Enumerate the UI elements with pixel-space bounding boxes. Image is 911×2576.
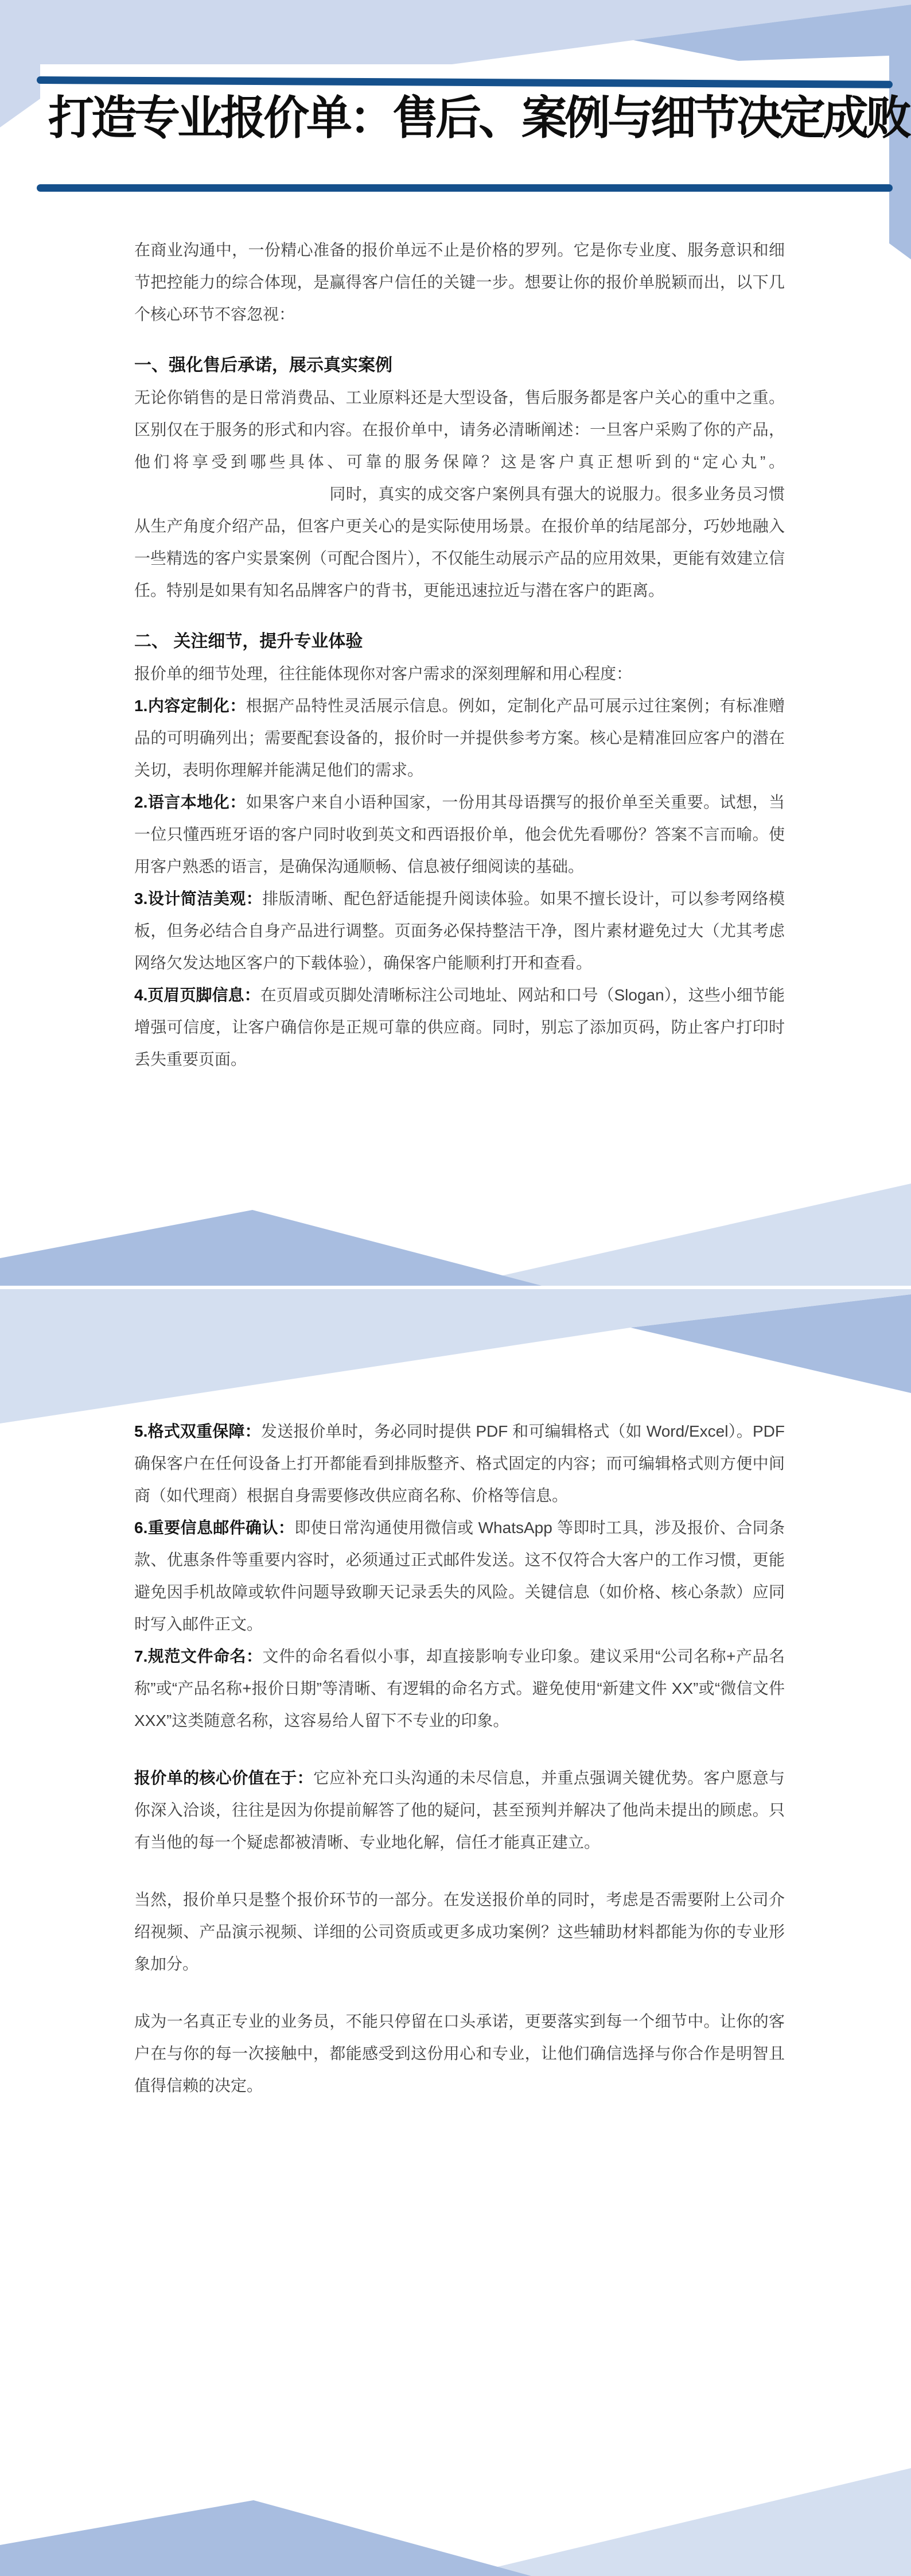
list-item-3-label: 3.设计简洁美观： — [134, 890, 262, 907]
list-item-1: 1.内容定制化：根据产品特性灵活展示信息。例如，定制化产品可展示过往案例；有标准… — [134, 690, 785, 786]
section1-heading: 一、强化售后承诺，展示真实案例 — [134, 350, 785, 382]
section2-heading: 二、 关注细节，提升专业体验 — [134, 626, 785, 658]
section2-lead: 报价单的细节处理，往往能体现你对客户需求的深刻理解和用心程度： — [134, 658, 785, 690]
list-item-4: 4.页眉页脚信息：在页眉或页脚处清晰标注公司地址、网站和口号（Slogan），这… — [134, 979, 785, 1076]
page-separator-line — [0, 1286, 911, 1289]
list-item-7-label: 7.规范文件命名： — [134, 1647, 263, 1665]
list-item-2-label: 2.语言本地化： — [134, 793, 246, 811]
core-value-paragraph: 报价单的核心价值在于：它应补充口头沟通的未尽信息，并重点强调关键优势。客户愿意与… — [134, 1762, 785, 1859]
intro-paragraph: 在商业沟通中，一份精心准备的报价单远不止是价格的罗列。它是你专业度、服务意识和细… — [134, 234, 785, 331]
closing-paragraph-3: 成为一名真正专业的业务员，不能只停留在口头承诺，更要落实到每一个细节中。让你的客… — [134, 2005, 785, 2102]
bottom-right-light-wedge-shape — [459, 2468, 911, 2576]
section1-para-part-a: 无论你销售的是日常消费品、工业原料还是大型设备，售后服务都是客户关心的重中之重。… — [134, 389, 785, 471]
page2-text-column: 5.格式双重保障：发送报价单时，务必同时提供 PDF 和可编辑格式（如 Word… — [134, 1415, 785, 2102]
document-page: 打造专业报价单：售后、案例与细节决定成败 在商业沟通中，一份精心准备的报价单远不… — [0, 0, 911, 2576]
blank-gap-spacer — [134, 499, 329, 499]
list-item-7: 7.规范文件命名：文件的命名看似小事，却直接影响专业印象。建议采用“公司名称+产… — [134, 1640, 785, 1737]
list-item-6-label: 6.重要信息邮件确认： — [134, 1519, 294, 1537]
list-item-3: 3.设计简洁美观：排版清晰、配色舒适能提升阅读体验。如果不擅长设计，可以参考网络… — [134, 883, 785, 979]
section1-para-part-b: 同时，真实的成交客户案例具有强大的说服力。很多业务员习惯从生产角度介绍产品，但客… — [134, 485, 785, 599]
core-value-label: 报价单的核心价值在于： — [134, 1769, 313, 1787]
list-item-5: 5.格式双重保障：发送报价单时，务必同时提供 PDF 和可编辑格式（如 Word… — [134, 1415, 785, 1512]
mid-right-light-wedge-shape — [452, 1184, 911, 1287]
page-title: 打造专业报价单：售后、案例与细节决定成败 — [48, 94, 909, 142]
mid-left-mountain-shape — [0, 1210, 546, 1287]
list-item-6: 6.重要信息邮件确认：即使日常沟通使用微信或 WhatsApp 等即时工具，涉及… — [134, 1512, 785, 1640]
page1-text-column: 在商业沟通中，一份精心准备的报价单远不止是价格的罗列。它是你专业度、服务意识和细… — [134, 234, 785, 1076]
list-item-5-label: 5.格式双重保障： — [134, 1422, 261, 1440]
bottom-left-mountain-shape — [0, 2500, 531, 2576]
list-item-4-label: 4.页眉页脚信息： — [134, 986, 260, 1004]
title-bottom-rule — [37, 184, 893, 192]
list-item-1-label: 1.内容定制化： — [134, 697, 246, 715]
closing-paragraph-2: 当然，报价单只是整个报价环节的一部分。在发送报价单的同时，考虑是否需要附上公司介… — [134, 1884, 785, 1980]
list-item-2: 2.语言本地化：如果客户来自小语种国家，一份用其母语撰写的报价单至关重要。试想，… — [134, 786, 785, 883]
section1-paragraph: 无论你销售的是日常消费品、工业原料还是大型设备，售后服务都是客户关心的重中之重。… — [134, 382, 785, 607]
